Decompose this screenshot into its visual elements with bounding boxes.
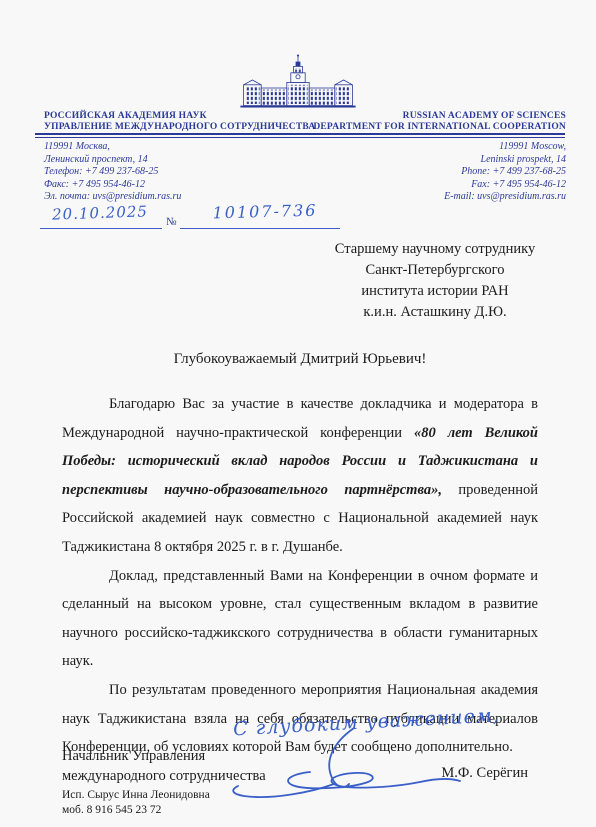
executor-block: Исп. Сырус Инна Леонидовна моб. 8 916 54… — [62, 788, 210, 817]
org-name-english: RUSSIAN ACADEMY OF SCIENCES DEPARTMENT F… — [266, 111, 566, 133]
recipient-org-line2: института истории РАН — [300, 281, 570, 302]
recipient-block: Старшему научному сотруднику Санкт-Петер… — [300, 239, 570, 323]
contact-ru-phone: Телефон: +7 499 237-68-25 — [44, 166, 181, 179]
contact-ru-city: 119991 Москва, — [44, 141, 181, 154]
contact-block-russian: 119991 Москва, Ленинский проспект, 14 Те… — [44, 141, 181, 204]
signer-name: М.Ф. Серёгин — [441, 765, 528, 782]
contact-en-email: E-mail: uvs@presidium.ras.ru — [444, 191, 566, 204]
recipient-name: к.и.н. Асташкину Д.Ю. — [300, 302, 570, 323]
org-en-line2: DEPARTMENT FOR INTERNATIONAL COOPERATION — [266, 122, 566, 133]
contact-en-phone: Phone: +7 499 237-68-25 — [444, 166, 566, 179]
ras-building-icon — [238, 48, 358, 120]
paragraph-2: Доклад, представленный Вами на Конференц… — [62, 562, 538, 676]
number-sign: № — [166, 216, 177, 228]
recipient-org-line1: Санкт-Петербургского — [300, 260, 570, 281]
handwritten-number: 10107-736 — [190, 200, 340, 223]
salutation: Глубокоуважаемый Дмитрий Юрьевич! — [62, 351, 538, 368]
signer-title-line2: международного сотрудничества — [62, 767, 266, 787]
handwritten-date: 20.10.2025 — [40, 202, 161, 224]
executor-name: Исп. Сырус Инна Леонидовна — [62, 788, 210, 803]
org-en-line1: RUSSIAN ACADEMY OF SCIENCES — [266, 111, 566, 122]
contact-en-fax: Fax: +7 495 954-46-12 — [444, 179, 566, 192]
contact-block-english: 119991 Moscow, Leninski prospekt, 14 Pho… — [444, 141, 566, 204]
letterhead-divider — [35, 133, 565, 138]
date-underline — [40, 228, 162, 229]
contact-ru-street: Ленинский проспект, 14 — [44, 154, 181, 167]
contact-ru-fax: Факс: +7 495 954-46-12 — [44, 179, 181, 192]
paragraph-1: Благодарю Вас за участие в качестве докл… — [62, 390, 538, 562]
contact-en-city: 119991 Moscow, — [444, 141, 566, 154]
signer-title: Начальник Управления международного сотр… — [62, 747, 266, 786]
signer-title-line1: Начальник Управления — [62, 747, 266, 767]
executor-phone: моб. 8 916 545 23 72 — [62, 803, 210, 818]
contact-en-street: Leninski prospekt, 14 — [444, 154, 566, 167]
letter-page: РОССИЙСКАЯ АКАДЕМИЯ НАУК УПРАВЛЕНИЕ МЕЖД… — [0, 0, 596, 827]
recipient-position: Старшему научному сотруднику — [300, 239, 570, 260]
number-underline — [180, 228, 340, 229]
contact-ru-email: Эл. почта: uvs@presidium.ras.ru — [44, 191, 181, 204]
